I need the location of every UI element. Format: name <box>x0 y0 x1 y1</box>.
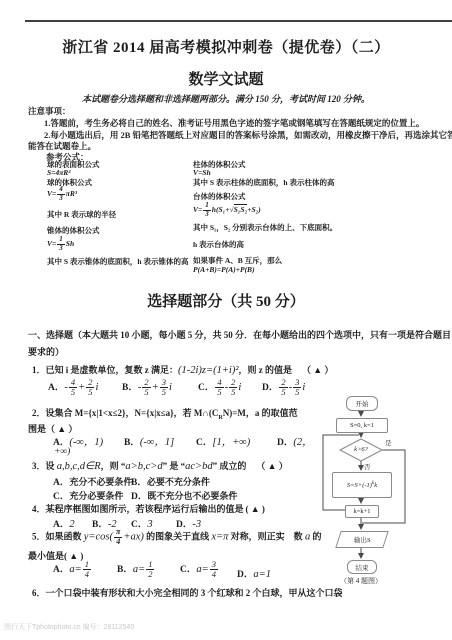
fraction: 13 <box>57 236 65 252</box>
q1-option-d: D．25-35i <box>262 378 305 398</box>
formula-part: Sh <box>66 239 74 248</box>
fraction: 45 <box>215 378 223 398</box>
flowchart-caption: （第 4 题图） <box>325 576 397 586</box>
flow-body-node: S=S+(-1)kk <box>332 472 392 498</box>
fraction: 13 <box>203 202 211 218</box>
cone-note: 其中 S 表示锥体的底面积，h 表示锥体的高 <box>47 256 188 267</box>
option-text: 必要不充分条件 <box>147 477 210 487</box>
q5-math: y=cos( <box>84 531 113 542</box>
q3-option-c: C．充分必要条件 <box>53 488 123 502</box>
option-label: C． <box>180 565 196 575</box>
q1-text-tail: ，则 z 的值是 <box>238 365 292 375</box>
q3-math: a,b,c,d∈R <box>57 461 101 472</box>
q2-option-d-continuation: +∞) <box>54 447 70 457</box>
q5-math: x=π <box>211 531 228 542</box>
option-label: C． <box>196 438 212 448</box>
fraction-denominator: 5 <box>229 388 237 397</box>
option-math: i <box>169 382 172 393</box>
watermark: 图行天下Tphotophoto.cn 编号：28112540 <box>4 622 134 632</box>
flow-body-variable: k <box>374 482 377 489</box>
option-math: - <box>289 382 293 393</box>
formula-part: V= <box>193 205 202 214</box>
fraction-denominator: 5 <box>69 388 77 397</box>
option-label: B． <box>122 383 138 393</box>
fraction: 45 <box>69 378 77 398</box>
option-math: - <box>225 382 229 393</box>
option-text: 既不充分也不必要条件 <box>147 491 237 501</box>
option-label: D． <box>237 570 253 580</box>
q2-text: 2．设集合 M={x|1<x≤2}，N={x|x≤a}，若 M∩(C <box>32 408 218 418</box>
flow-no-label: 否 <box>364 462 371 471</box>
frustum-volume-title: 台体的体积公式 <box>193 191 246 202</box>
option-math: (2， <box>293 437 312 448</box>
q4-text: 4．某程序框图如图所示，若该程序运行后输出的值是 <box>32 504 244 514</box>
q2-option-b: B．(-∞，1] <box>124 434 174 449</box>
fraction-denominator: 5 <box>160 388 168 397</box>
q5-text: 对称，则正实 数 <box>228 531 305 541</box>
q3-math: a>b,c>d <box>125 461 162 472</box>
option-label: B． <box>117 565 133 575</box>
fraction: 25 <box>279 378 287 398</box>
option-label: D． <box>262 383 278 393</box>
fraction-denominator: 4 <box>83 570 91 579</box>
option-math: i <box>302 382 305 393</box>
q1-option-c: C．45-25i <box>198 378 241 398</box>
q5-math: +ax) <box>123 531 144 542</box>
q1-option-b: B．-25+35i <box>122 378 172 398</box>
sphere-surface-formula: S=4πR² <box>47 168 71 177</box>
frustum-areas-note: 其中 S₁，S₂ 分别表示台体的上、下底面积。 <box>193 222 337 233</box>
question-2-stem-line1: 2．设集合 M={x|1<x≤2}，N={x|x≤a}，若 M∩(CRN)=M，… <box>32 406 298 421</box>
formula-part: V= <box>47 189 56 198</box>
exam-note: 本试题卷分选择题和非选择题两部分。满分 150 分，考试时间 120 分钟。 <box>0 92 452 105</box>
fraction-denominator: 3 <box>57 245 65 253</box>
q2-option-c: C．[1，+∞) <box>196 434 250 449</box>
question-1-stem: 1．已知 i 是虚数单位，复数 z 满足：(1-2i)z=(1+i)²，则 z … <box>32 363 333 376</box>
option-math: i <box>95 382 98 393</box>
prism-volume-formula: V=Sh <box>193 168 211 177</box>
question-4-stem: 4．某程序框图如图所示，若该程序运行后输出的值是( ▲ ) <box>32 502 265 515</box>
sphere-radius-note: 其中 R 表示球的半径 <box>47 209 116 220</box>
notice-item-1: 1.答题前，考生务必将自己的姓名、准考证号用黑色字迹的签字笔或钢笔填写在答题纸规… <box>44 117 424 129</box>
notice-item-2-line1: 2.每小题选出后，用 2B 铅笔把答题纸上对应题目的答案标号涂黑，如需改动，用橡… <box>44 129 452 141</box>
exam-title: 浙江省 2014 届高考模拟冲刺卷（提优卷）（二） <box>0 36 452 57</box>
option-text: 充分不必要条件 <box>69 477 132 487</box>
frustum-volume-formula: V=13h(S₁+√S₁S₂+S₂) <box>193 202 261 218</box>
section-intro-line1: 一、选择题（本大题共 10 小题，每小题 5 分，共 50 分．在每小题给出的四… <box>28 328 451 341</box>
question-6-stem: 6．一个口袋中装有形状和大小完全相同的 3 个红球和 2 个白球，甲从这个口袋 <box>32 586 343 599</box>
q5-option-c: C．a=34 <box>180 560 219 580</box>
fraction: 35 <box>160 378 168 398</box>
prism-note: 其中 S 表示柱体的底面积，h 表示柱体的高 <box>193 177 334 188</box>
flow-init-node: S=0, k=1 <box>336 418 388 433</box>
flow-start-node: 开始 <box>346 396 378 411</box>
fraction-denominator: 5 <box>86 388 94 397</box>
q5-option-a: A．a=14 <box>53 560 92 580</box>
formula-part: h(S₁+ <box>212 205 230 214</box>
option-math: + <box>78 382 85 393</box>
top-rule <box>25 20 452 22</box>
question-5-stem-line1: 5．如果函数 y=cos(π4+ax) 的图象关于直线 x=π 对称，则正实 数… <box>32 528 321 547</box>
exam-subtitle: 数学文试题 <box>0 68 452 89</box>
fraction-denominator: 5 <box>215 388 223 397</box>
fraction-denominator: 4 <box>210 570 218 579</box>
q5-text: 的图象关于直线 <box>144 531 212 541</box>
fraction: 12 <box>146 560 154 580</box>
formula-part: V= <box>47 239 56 248</box>
option-math: i <box>238 382 241 393</box>
fraction: 25 <box>86 378 94 398</box>
option-math: - <box>64 382 68 393</box>
q3-text: ” 是 “ <box>163 461 186 471</box>
option-math: a= <box>69 564 81 575</box>
fraction: 43 <box>57 186 65 202</box>
fraction: 14 <box>83 560 91 580</box>
probability-formula: P(A+B)=P(A)+P(B) <box>193 265 255 274</box>
cone-volume-title: 锥体的体积公式 <box>47 225 100 236</box>
flow-output-node: 输出S <box>335 531 389 548</box>
flow-condition-label: k>6? <box>340 446 382 453</box>
q3-option-a: A．充分不必要条件 <box>53 474 132 488</box>
flow-end-node: 结束 <box>347 560 377 574</box>
option-math: (-∞，1) <box>69 437 103 448</box>
section-title: 选择题部分（共 50 分） <box>0 290 452 311</box>
option-label: A． <box>48 383 64 393</box>
fraction-denominator: 5 <box>279 388 287 397</box>
q3-answer-blank: （ ▲ ） <box>256 461 287 471</box>
option-label: C． <box>53 492 69 502</box>
fraction: 34 <box>210 560 218 580</box>
section-intro-line2: 要求的） <box>28 345 64 358</box>
option-label: D． <box>131 492 147 502</box>
sphere-volume-formula: V=43πR³ <box>47 186 77 202</box>
option-text: 充分必要条件 <box>69 491 123 501</box>
option-label: D． <box>277 438 293 448</box>
q3-text: 3．设 <box>32 461 57 471</box>
cone-volume-formula: V=13Sh <box>47 236 74 252</box>
notice-heading: 注意事项： <box>28 105 71 117</box>
q1-equation: (1-2i)z=(1+i)² <box>178 365 238 376</box>
fraction-denominator: 3 <box>57 195 65 203</box>
q3-option-b: B．必要不充分条件 <box>131 474 210 488</box>
option-math: a= <box>133 564 145 575</box>
fraction: 25 <box>142 378 150 398</box>
formula-part: +S₂) <box>247 205 261 214</box>
q2-option-d: D．(2， <box>277 434 313 449</box>
fraction-denominator: 5 <box>293 388 301 397</box>
fraction-denominator: 2 <box>146 570 154 579</box>
q5-option-d: D．a=1 <box>237 566 271 580</box>
q4-answer-blank: ( ▲ ) <box>246 504 265 514</box>
fraction-denominator: 4 <box>114 538 122 547</box>
frustum-height-note: h 表示台体的高 <box>193 239 244 250</box>
option-math: a=1 <box>253 569 271 580</box>
flow-increment-node: k=k+1 <box>345 505 379 518</box>
option-label: B． <box>124 438 140 448</box>
option-math: + <box>152 382 159 393</box>
fraction: π4 <box>114 528 122 547</box>
option-math: a= <box>196 564 208 575</box>
flow-body-formula: S=S+(-1) <box>347 482 372 489</box>
q3-text: ，则 “ <box>101 461 126 471</box>
option-label: A． <box>53 565 69 575</box>
q2-text-tail: N)=M，a 的取值范 <box>223 408 298 418</box>
option-label: A． <box>53 478 69 488</box>
flowchart-question4: 开始 S=0, k=1 k>6? 是 否 S=S+(-1)kk k=k+1 输出… <box>316 392 452 592</box>
q3-text: ” 成立的 <box>213 461 247 471</box>
option-math: - <box>138 382 142 393</box>
formula-part: πR³ <box>66 189 77 198</box>
fraction: 35 <box>293 378 301 398</box>
option-math: (-∞，1] <box>140 437 174 448</box>
fraction: 25 <box>229 378 237 398</box>
q1-text: 1．已知 i 是虚数单位，复数 z 满足： <box>32 365 178 375</box>
q1-answer-blank: （ ▲ ） <box>302 365 333 375</box>
exam-page: { "page": { "watermark": "图行天下Tphotophot… <box>0 0 452 640</box>
fraction-denominator: 5 <box>142 388 150 397</box>
q3-option-d: D．既不充分也不必要条件 <box>131 488 237 502</box>
question-3-stem: 3．设 a,b,c,d∈R，则 “a>b,c>d” 是 “ac>bd” 成立的（… <box>32 459 288 472</box>
flow-output-label: 输出S <box>354 535 371 544</box>
fraction-denominator: 3 <box>203 211 211 219</box>
flow-yes-label: 是 <box>385 438 392 447</box>
option-label: C． <box>198 383 214 393</box>
q5-option-b: B．a=12 <box>117 560 155 580</box>
option-math: [1，+∞) <box>212 437 250 448</box>
q1-option-a: A．-45+25i <box>48 378 98 398</box>
radicand: S₁S₂ <box>234 204 248 214</box>
q5-text: 5．如果函数 <box>32 531 84 541</box>
q3-math: ac>bd <box>185 461 213 472</box>
option-label: B． <box>131 478 147 488</box>
